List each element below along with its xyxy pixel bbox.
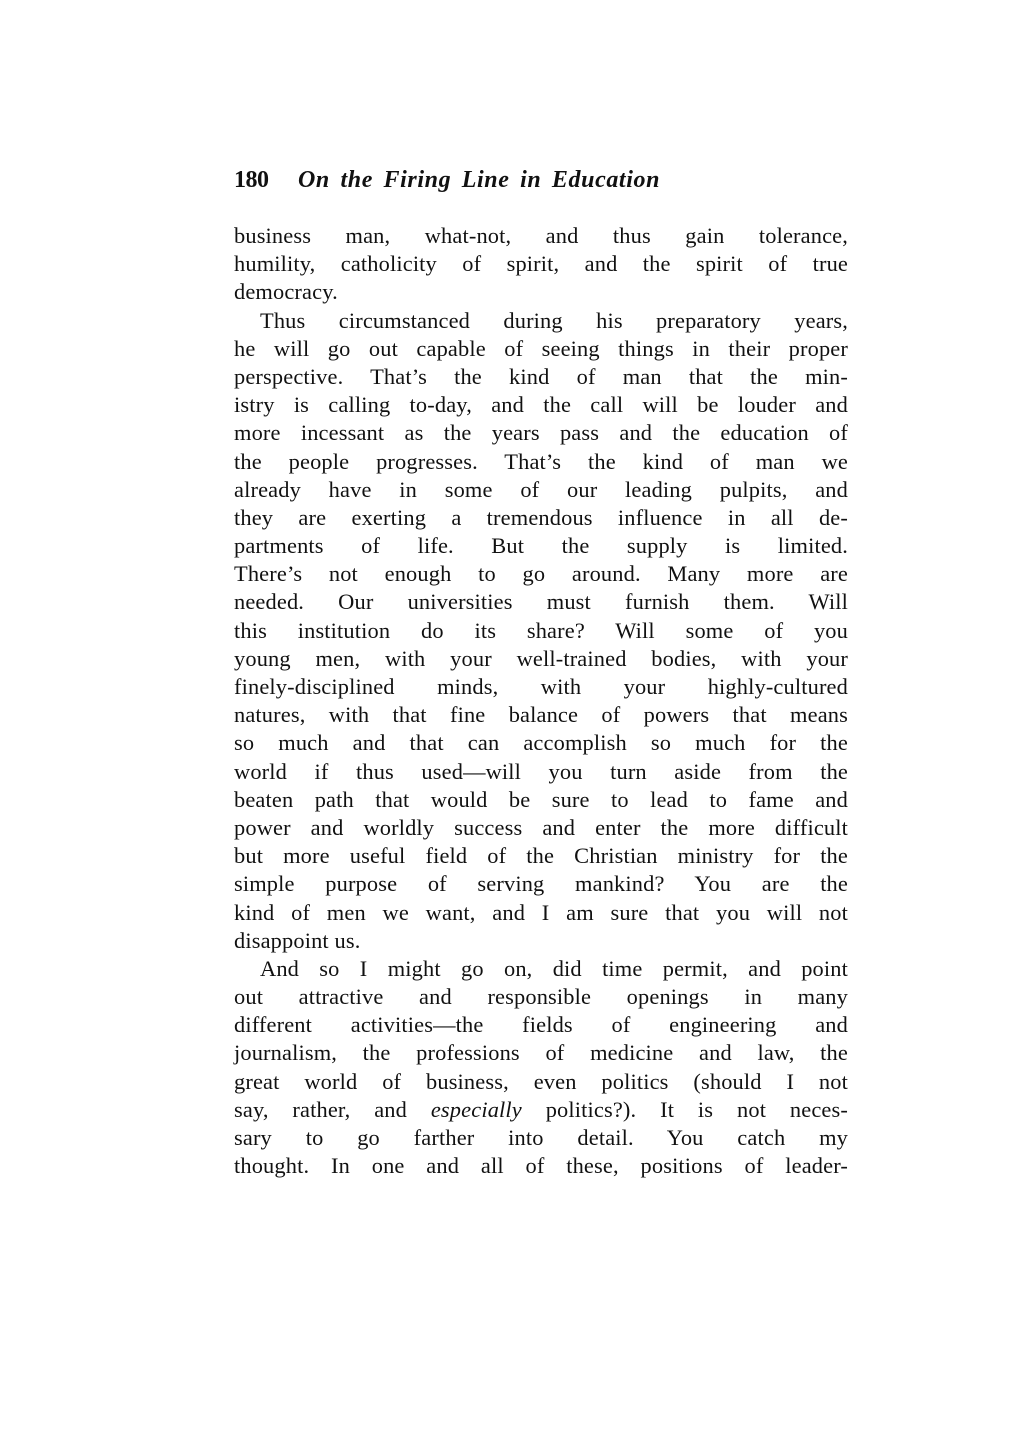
text-line: thought. In one and all of these, positi… (234, 1152, 848, 1180)
text-line: Thus circumstanced during his preparator… (234, 307, 848, 335)
text-line-with-emphasis: say, rather, and especially politics?). … (234, 1096, 848, 1124)
text-line: humility, catholicity of spirit, and the… (234, 250, 848, 278)
running-head: 180 On the Firing Line in Education (234, 164, 848, 196)
text-line: simple purpose of serving mankind? You a… (234, 870, 848, 898)
text-line: already have in some of our leading pulp… (234, 476, 848, 504)
text-line: kind of men we want, and I am sure that … (234, 899, 848, 927)
text-line: disappoint us. (234, 927, 848, 955)
text-line: democracy. (234, 278, 848, 306)
text-segment: politics?). It is not neces- (522, 1097, 848, 1122)
text-line: needed. Our universities must furnish th… (234, 588, 848, 616)
text-line: this institution do its share? Will some… (234, 617, 848, 645)
page-number: 180 (234, 164, 298, 196)
text-line: but more useful field of the Christian m… (234, 842, 848, 870)
text-line: partments of life. But the supply is lim… (234, 532, 848, 560)
text-line: sary to go farther into detail. You catc… (234, 1124, 848, 1152)
text-line: the people progresses. That’s the kind o… (234, 448, 848, 476)
text-line: natures, with that fine balance of power… (234, 701, 848, 729)
text-line: different activities—the fields of engin… (234, 1011, 848, 1039)
text-line: more incessant as the years pass and the… (234, 419, 848, 447)
text-line: world if thus used—will you turn aside f… (234, 758, 848, 786)
emphasis-text: especially (431, 1097, 522, 1122)
text-line: perspective. That’s the kind of man that… (234, 363, 848, 391)
text-line: business man, what-not, and thus gain to… (234, 222, 848, 250)
text-line: young men, with your well-trained bodies… (234, 645, 848, 673)
paragraph-2: Thus circumstanced during his preparator… (234, 307, 848, 955)
text-line: power and worldly success and enter the … (234, 814, 848, 842)
text-segment: say, rather, and (234, 1097, 431, 1122)
text-line: There’s not enough to go around. Many mo… (234, 560, 848, 588)
text-line: out attractive and responsible openings … (234, 983, 848, 1011)
text-line: journalism, the professions of medicine … (234, 1039, 848, 1067)
text-line: they are exerting a tremendous influence… (234, 504, 848, 532)
text-line: istry is calling to-day, and the call wi… (234, 391, 848, 419)
text-line: And so I might go on, did time permit, a… (234, 955, 848, 983)
body-text: business man, what-not, and thus gain to… (234, 222, 848, 1180)
paragraph-1: business man, what-not, and thus gain to… (234, 222, 848, 307)
running-title: On the Firing Line in Education (298, 164, 660, 196)
text-line: beaten path that would be sure to lead t… (234, 786, 848, 814)
book-page: 180 On the Firing Line in Education busi… (234, 164, 848, 1180)
text-line: he will go out capable of seeing things … (234, 335, 848, 363)
text-line: so much and that can accomplish so much … (234, 729, 848, 757)
paragraph-3: And so I might go on, did time permit, a… (234, 955, 848, 1181)
text-line: finely-disciplined minds, with your high… (234, 673, 848, 701)
text-line: great world of business, even politics (… (234, 1068, 848, 1096)
